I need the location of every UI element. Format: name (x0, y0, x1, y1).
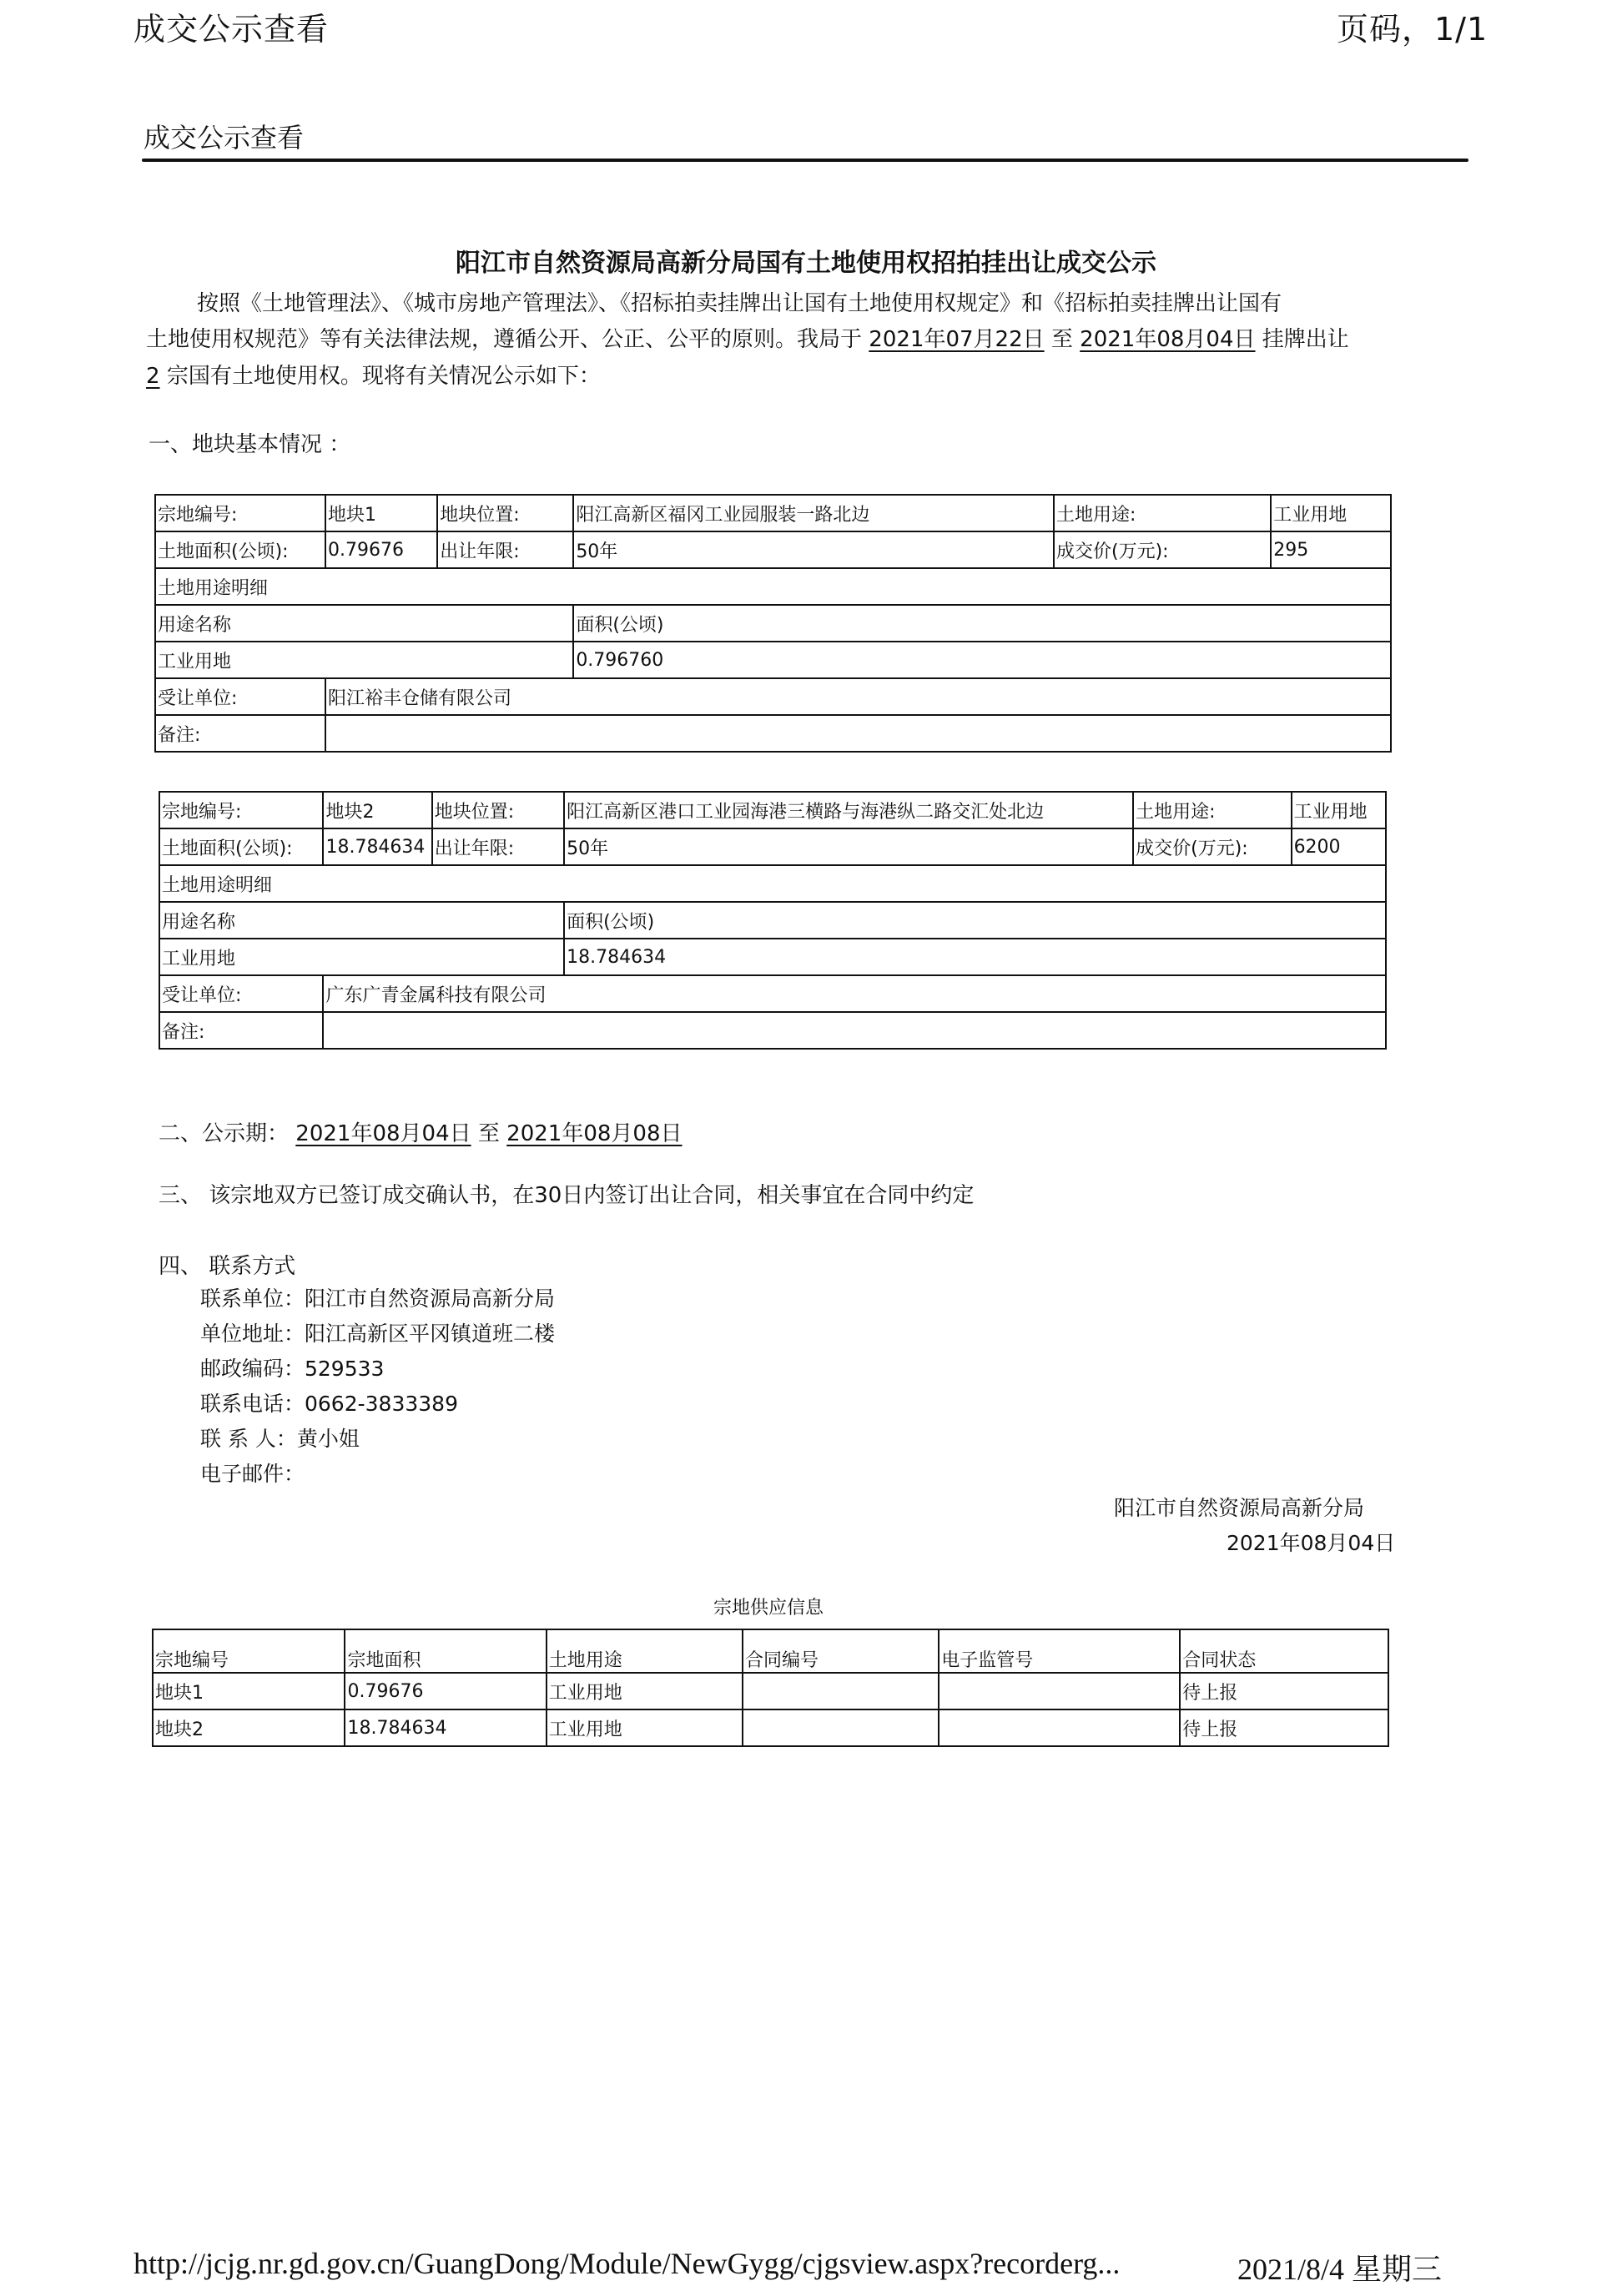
section-2-label: 二、公示期： (159, 1121, 289, 1146)
intro-line-3: 2 宗国有土地使用权。现将有关情况公示如下： (146, 359, 601, 390)
publicity-to: 至 (478, 1121, 500, 1146)
use-detail-header: 土地用途明细 (155, 568, 1391, 605)
table-cell (743, 1673, 939, 1709)
label: 出让年限: (432, 828, 564, 865)
parcel-table-2: 宗地编号:地块2地块位置:阳江高新区港口工业园海港三横路与海港纵二路交汇处北边土… (159, 791, 1387, 1050)
parcel-table-1: 宗地编号:地块1地块位置:阳江高新区福冈工业园服装一路北边土地用途:工业用地土地… (154, 494, 1392, 753)
remarks (323, 1012, 1386, 1049)
intro-text: 宗国有土地使用权。现将有关情况公示如下： (167, 364, 601, 389)
label: 地块位置: (432, 792, 564, 828)
section-2: 二、公示期： 2021年08月04日 至 2021年08月08日 (159, 1116, 683, 1147)
table-cell: 0.79676 (345, 1673, 546, 1709)
page-number: 页码，1/1 (1337, 3, 1488, 49)
intro-line-1: 按照《土地管理法》、《城市房地产管理法》、《招标拍卖挂牌出让国有土地使用权规定》… (197, 286, 1282, 317)
label: 受让单位: (159, 975, 323, 1012)
section-1-title: 一、地块基本情况 ： (149, 427, 350, 458)
contact-item: 联系单位：阳江市自然资源局高新分局 (200, 1282, 555, 1312)
intro-line-2: 土地使用权规范》等有关法律法规，遵循公开、公正、公平的原则。我局于 2021年0… (146, 322, 1349, 353)
term: 50年 (564, 828, 1133, 865)
use-area: 0.796760 (573, 642, 1391, 678)
use-area-header: 面积(公顷) (564, 902, 1386, 939)
grantee: 阳江裕丰仓储有限公司 (325, 678, 1391, 715)
listing-start-date: 2021年07月22日 (869, 327, 1044, 352)
contact-item: 联系电话：0662-3833389 (200, 1387, 458, 1417)
intro-text: 土地使用权规范》等有关法律法规，遵循公开、公正、公平的原则。我局于 (146, 327, 862, 352)
section-3: 三、 该宗地双方已签订成交确认书，在30日内签订出让合同，相关事宜在合同中约定 (159, 1178, 974, 1209)
label: 受让单位: (155, 678, 325, 715)
column-header: 合同状态 (1180, 1629, 1388, 1673)
contact-item: 联 系 人：黄小姐 (200, 1422, 360, 1453)
price: 295 (1271, 531, 1391, 568)
use-area-header: 面积(公顷) (573, 605, 1391, 642)
parcel-no: 地块2 (323, 792, 431, 828)
table-cell: 地块1 (153, 1673, 345, 1709)
label: 地块位置: (437, 495, 573, 531)
column-header: 宗地编号 (153, 1629, 345, 1673)
label: 备注: (155, 715, 325, 752)
parcel-row: 宗地编号:地块2地块位置:阳江高新区港口工业园海港三横路与海港纵二路交汇处北边土… (159, 792, 1386, 828)
use: 工业用地 (1292, 792, 1386, 828)
use-area: 18.784634 (564, 939, 1386, 975)
parcel-row: 土地面积(公顷):18.784634出让年限:50年成交价(万元):6200 (159, 828, 1386, 865)
area: 18.784634 (323, 828, 431, 865)
table-row: 地块10.79676工业用地待上报 (153, 1673, 1388, 1709)
signature-date: 2021年08月04日 (1227, 1527, 1395, 1557)
table-cell (743, 1709, 939, 1746)
listing-end-date: 2021年08月04日 (1080, 327, 1255, 352)
column-header: 宗地面积 (345, 1629, 546, 1673)
table-cell: 工业用地 (547, 1709, 743, 1746)
use-name-header: 用途名称 (155, 605, 573, 642)
supply-header-row: 宗地编号宗地面积土地用途合同编号电子监管号合同状态 (153, 1629, 1388, 1673)
label: 成交价(万元): (1133, 828, 1291, 865)
intro-text: 挂牌出让 (1262, 327, 1349, 352)
price: 6200 (1292, 828, 1386, 865)
parcel-count: 2 (146, 364, 160, 389)
table-row: 地块218.784634工业用地待上报 (153, 1709, 1388, 1746)
contact-item: 单位地址：阳江高新区平冈镇道班二楼 (200, 1317, 555, 1347)
use-detail-header: 土地用途明细 (159, 865, 1386, 902)
contact-item: 邮政编码：529533 (200, 1352, 384, 1382)
location: 阳江高新区福冈工业园服装一路北边 (573, 495, 1054, 531)
source-url: http://jcjg.nr.gd.gov.cn/GuangDong/Modul… (133, 2246, 1120, 2281)
label: 备注: (159, 1012, 323, 1049)
intro-to: 至 (1051, 327, 1073, 352)
label: 宗地编号: (159, 792, 323, 828)
label: 土地面积(公顷): (155, 531, 325, 568)
table-cell: 地块2 (153, 1709, 345, 1746)
label: 出让年限: (437, 531, 573, 568)
location: 阳江高新区港口工业园海港三横路与海港纵二路交汇处北边 (564, 792, 1133, 828)
table-cell: 工业用地 (547, 1673, 743, 1709)
label: 土地用途: (1133, 792, 1291, 828)
label: 土地面积(公顷): (159, 828, 323, 865)
section-4-title: 四、 联系方式 (159, 1249, 295, 1280)
table-cell (939, 1709, 1180, 1746)
publicity-end-date: 2021年08月08日 (506, 1121, 682, 1146)
parcel-row: 宗地编号:地块1地块位置:阳江高新区福冈工业园服装一路北边土地用途:工业用地 (155, 495, 1391, 531)
area: 0.79676 (325, 531, 437, 568)
term: 50年 (573, 531, 1054, 568)
table-cell: 18.784634 (345, 1709, 546, 1746)
notice-title: 阳江市自然资源局高新分局国有土地使用权招拍挂出让成交公示 (0, 242, 1612, 279)
use-name: 工业用地 (159, 939, 564, 975)
header-divider (142, 159, 1468, 162)
table-cell: 待上报 (1180, 1709, 1388, 1746)
remarks (325, 715, 1391, 752)
signature-org: 阳江市自然资源局高新分局 (1114, 1492, 1364, 1522)
contact-item: 电子邮件： (200, 1458, 305, 1488)
table-cell (939, 1673, 1180, 1709)
parcel-row: 土地面积(公顷):0.79676出让年限:50年成交价(万元):295 (155, 531, 1391, 568)
print-header-title: 成交公示查看 (133, 3, 329, 49)
use-name: 工业用地 (155, 642, 573, 678)
table-cell: 待上报 (1180, 1673, 1388, 1709)
grantee: 广东广青金属科技有限公司 (323, 975, 1386, 1012)
label: 成交价(万元): (1054, 531, 1271, 568)
use: 工业用地 (1271, 495, 1391, 531)
label: 土地用途: (1054, 495, 1271, 531)
page-subheader: 成交公示查看 (144, 117, 304, 155)
print-date: 2021/8/4 星期三 (1237, 2246, 1442, 2288)
parcel-no: 地块1 (325, 495, 437, 531)
column-header: 土地用途 (547, 1629, 743, 1673)
publicity-start-date: 2021年08月04日 (295, 1121, 471, 1146)
supply-info-table: 宗地编号宗地面积土地用途合同编号电子监管号合同状态地块10.79676工业用地待… (152, 1629, 1389, 1747)
column-header: 电子监管号 (939, 1629, 1180, 1673)
column-header: 合同编号 (743, 1629, 939, 1673)
supply-info-title: 宗地供应信息 (713, 1594, 824, 1619)
label: 宗地编号: (155, 495, 325, 531)
use-name-header: 用途名称 (159, 902, 564, 939)
